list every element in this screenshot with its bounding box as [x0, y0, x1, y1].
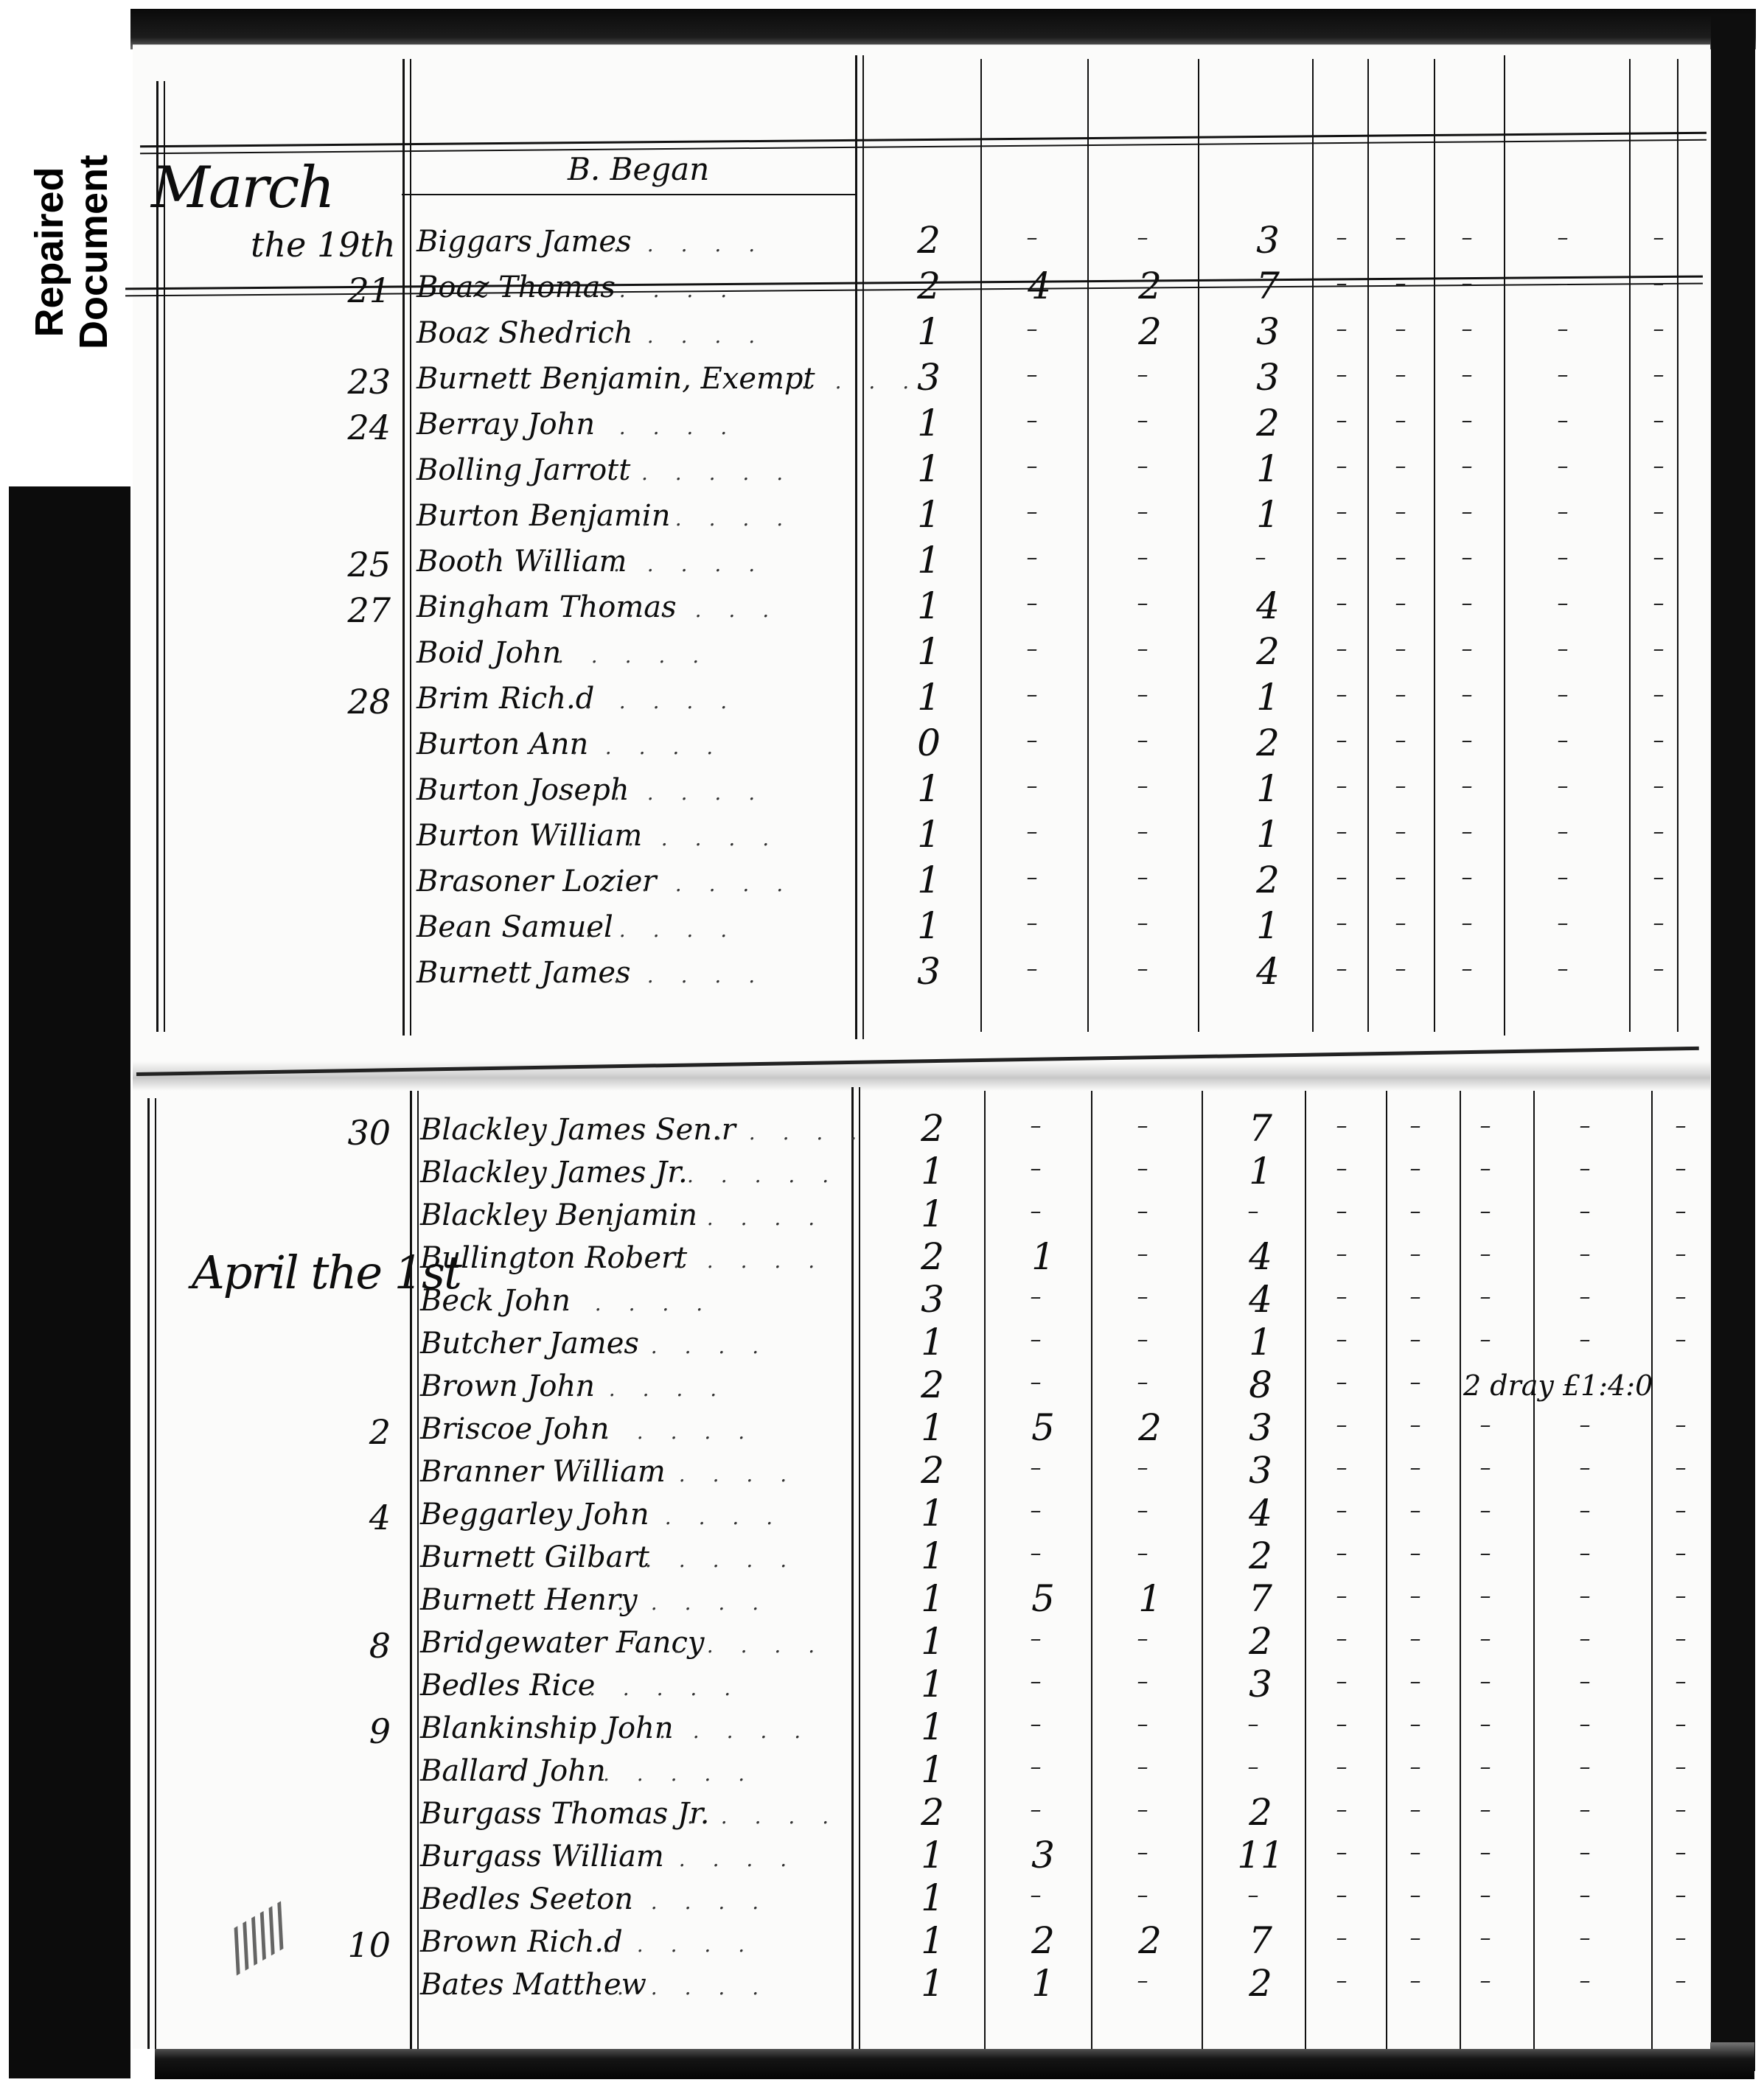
- col9-value: –: [1636, 636, 1681, 662]
- col1-value: 1: [903, 1962, 962, 2005]
- dot-leader: . . . . .: [641, 461, 793, 485]
- col7-value: –: [1445, 636, 1489, 662]
- col5-value: –: [1319, 590, 1364, 616]
- dot-leader: . . . . .: [687, 1804, 839, 1829]
- col9-value: –: [1659, 1412, 1703, 1438]
- page-fold: [133, 1061, 1710, 1091]
- col8-value: –: [1563, 1455, 1607, 1481]
- col1-value: 1: [903, 1150, 962, 1193]
- col6-value: –: [1393, 1669, 1437, 1694]
- col-rule-date-2: [410, 59, 411, 1036]
- col1-value: 1: [903, 1748, 962, 1791]
- col4-value: 2: [1238, 722, 1297, 764]
- col7-value: –: [1463, 1198, 1507, 1224]
- col-rule-date: [402, 59, 405, 1036]
- col-rule-1: [980, 59, 982, 1032]
- col9-value: –: [1636, 590, 1681, 616]
- row-name: Boaz Shedrich: [416, 316, 633, 350]
- row-name: Brown Rich.d: [420, 1925, 623, 1959]
- col-rule-name-2: [862, 55, 864, 1039]
- dot-leader: . . . . .: [613, 324, 765, 348]
- col2-value: –: [1010, 682, 1054, 708]
- col8-value: –: [1541, 453, 1585, 479]
- dot-leader: . . . . .: [613, 781, 765, 805]
- col9-value: –: [1636, 819, 1681, 845]
- col1-value: 2: [903, 1791, 962, 1834]
- col8-value: –: [1541, 682, 1585, 708]
- col1-value: 1: [903, 1705, 962, 1748]
- col9-value: –: [1636, 773, 1681, 799]
- col6-value: –: [1378, 408, 1423, 433]
- col8-value: –: [1541, 225, 1585, 251]
- row-name: Briscoe John: [420, 1412, 609, 1446]
- lower-col-rule-date-2: [417, 1091, 419, 2049]
- col4-value: 1: [1238, 813, 1297, 856]
- col2-value: –: [1014, 1369, 1058, 1395]
- row-name: Branner William: [420, 1455, 666, 1489]
- col6-value: –: [1393, 1968, 1437, 1994]
- lower-col-rule-7: [1533, 1091, 1535, 2049]
- col3-value: –: [1120, 1369, 1165, 1395]
- col2-value: 5: [1014, 1577, 1073, 1620]
- col6-value: –: [1378, 865, 1423, 890]
- row-name: Burnett Henry: [420, 1583, 638, 1617]
- col1-value: 1: [903, 1577, 962, 1620]
- col8-value: –: [1563, 1669, 1607, 1694]
- lower-col-rule-2: [1091, 1091, 1092, 2049]
- col6-value: –: [1393, 1498, 1437, 1523]
- col2-value: –: [1014, 1711, 1058, 1737]
- col3-value: 1: [1120, 1577, 1179, 1620]
- row-name: Booth William: [416, 545, 627, 579]
- row-name: Bates Matthew: [420, 1968, 646, 2002]
- col8-value: –: [1563, 1113, 1607, 1139]
- dot-leader: . . . . .: [645, 1847, 797, 1871]
- col1-value: 2: [899, 265, 958, 307]
- col1-value: 1: [903, 1492, 962, 1534]
- col1-value: 1: [903, 1193, 962, 1235]
- col4-value: –: [1231, 1882, 1275, 1908]
- col9-value: –: [1636, 453, 1681, 479]
- row-name: Bedles Seeton: [420, 1882, 633, 1916]
- col4-value: 2: [1238, 859, 1297, 901]
- col1-value: 1: [899, 310, 958, 353]
- dot-leader: . . . . .: [627, 826, 779, 851]
- col7-value: –: [1445, 727, 1489, 753]
- row-name: Burnett Benjamin, Exempt: [416, 362, 815, 396]
- col7-value: –: [1463, 1669, 1507, 1694]
- col6-value: –: [1393, 1626, 1437, 1652]
- col1-value: 1: [903, 1663, 962, 1705]
- col7-value: –: [1463, 1284, 1507, 1310]
- col9-value: –: [1636, 865, 1681, 890]
- col3-value: –: [1120, 1498, 1165, 1523]
- col8-value: –: [1541, 910, 1585, 936]
- col8-value: –: [1541, 590, 1585, 616]
- dot-leader: . . . . .: [571, 735, 723, 759]
- section-word: Began: [610, 151, 710, 187]
- row-date: the 19th: [251, 225, 361, 265]
- col2-value: –: [1014, 1626, 1058, 1652]
- col9-value: –: [1659, 1540, 1703, 1566]
- col3-value: –: [1120, 1540, 1165, 1566]
- stamp-line-2: Document: [72, 75, 116, 429]
- col4-value: –: [1231, 1198, 1275, 1224]
- col2-value: –: [1014, 1754, 1058, 1780]
- col4-value: 2: [1231, 1620, 1290, 1663]
- col6-value: –: [1378, 225, 1423, 251]
- col3-value: –: [1120, 773, 1165, 799]
- col8-value: –: [1563, 1797, 1607, 1823]
- col6-value: –: [1393, 1583, 1437, 1609]
- col4-value: 8: [1231, 1364, 1290, 1406]
- col2-value: –: [1014, 1156, 1058, 1181]
- col-rule-left: [156, 81, 158, 1032]
- col5-value: –: [1319, 362, 1364, 388]
- col3-value: –: [1120, 1626, 1165, 1652]
- col6-value: –: [1393, 1882, 1437, 1908]
- col2-value: –: [1014, 1455, 1058, 1481]
- col1-value: 3: [899, 950, 958, 993]
- dot-leader: . . . . .: [557, 643, 709, 668]
- col6-value: –: [1393, 1284, 1437, 1310]
- row-name: Bolling Jarrott: [416, 453, 630, 487]
- col7-value: –: [1463, 1455, 1507, 1481]
- col8-value: –: [1563, 1626, 1607, 1652]
- dot-leader: . . . . .: [613, 552, 765, 576]
- row-name: Brown John: [420, 1369, 595, 1403]
- col6-value: –: [1393, 1113, 1437, 1139]
- col2-value: –: [1010, 865, 1054, 890]
- dot-leader: . . . . .: [617, 1975, 769, 2000]
- col7-value: –: [1445, 956, 1489, 982]
- col5-value: –: [1319, 1540, 1364, 1566]
- col7-value: –: [1445, 545, 1489, 570]
- col4-value: 2: [1231, 1962, 1290, 2005]
- col1-value: 1: [903, 1406, 962, 1449]
- col6-value: –: [1393, 1156, 1437, 1181]
- dot-leader: . . . . .: [585, 278, 737, 302]
- dot-leader: . . . . .: [715, 1120, 867, 1145]
- col7-value: –: [1445, 499, 1489, 525]
- col5-value: –: [1319, 545, 1364, 570]
- col4-value: 3: [1231, 1406, 1290, 1449]
- col2-value: –: [1010, 590, 1054, 616]
- col2-value: –: [1014, 1669, 1058, 1694]
- col7-value: –: [1445, 819, 1489, 845]
- col6-value: –: [1378, 956, 1423, 982]
- col9-value: –: [1659, 1626, 1703, 1652]
- col4-value: 4: [1238, 950, 1297, 993]
- col4-value: 1: [1238, 447, 1297, 490]
- col5-value: –: [1319, 1925, 1364, 1951]
- col3-value: –: [1120, 362, 1165, 388]
- col5-value: –: [1319, 1840, 1364, 1865]
- col5-value: –: [1319, 910, 1364, 936]
- col8-value: –: [1563, 1882, 1607, 1908]
- lower-col-rule-name: [851, 1087, 854, 2049]
- col5-value: –: [1319, 1498, 1364, 1523]
- col3-value: 2: [1120, 1919, 1179, 1962]
- col4-value: 2: [1238, 630, 1297, 673]
- dot-leader: . . . . .: [645, 1548, 797, 1572]
- col9-value: –: [1659, 1327, 1703, 1352]
- col3-value: –: [1120, 819, 1165, 845]
- col-rule-3: [1198, 59, 1199, 1032]
- col5-value: –: [1319, 1369, 1364, 1395]
- lower-col-rule-name-2: [859, 1087, 860, 2049]
- row-name: Bean Samuel: [416, 910, 613, 944]
- col4-value: 3: [1231, 1449, 1290, 1492]
- scan-border-right: [1711, 15, 1755, 2071]
- col5-value: –: [1319, 1882, 1364, 1908]
- col6-value: –: [1393, 1412, 1437, 1438]
- col3-value: –: [1120, 1455, 1165, 1481]
- col6-value: –: [1378, 910, 1423, 936]
- col2-value: 1: [1014, 1235, 1073, 1278]
- col8-value: –: [1541, 499, 1585, 525]
- col2-value: –: [1014, 1882, 1058, 1908]
- col7-value: –: [1463, 1540, 1507, 1566]
- col7-value: –: [1445, 316, 1489, 342]
- col5-value: –: [1319, 682, 1364, 708]
- dot-leader: . . . . .: [687, 1163, 839, 1187]
- col5-value: –: [1319, 1968, 1364, 1994]
- col7-value: –: [1463, 1241, 1507, 1267]
- col3-value: –: [1120, 682, 1165, 708]
- col3-value: 2: [1120, 310, 1179, 353]
- col9-value: –: [1659, 1754, 1703, 1780]
- lower-col-rule-3: [1202, 1091, 1203, 2049]
- row-date: 27: [280, 590, 391, 630]
- col1-value: 2: [903, 1107, 962, 1150]
- col9-value: –: [1659, 1840, 1703, 1865]
- col6-value: –: [1393, 1241, 1437, 1267]
- col1-value: 1: [903, 1534, 962, 1577]
- col7-value: –: [1463, 1498, 1507, 1523]
- col8-value: –: [1563, 1498, 1607, 1523]
- col2-value: –: [1014, 1284, 1058, 1310]
- col8-value: –: [1541, 636, 1585, 662]
- col4-value: 2: [1231, 1791, 1290, 1834]
- col5-value: –: [1319, 727, 1364, 753]
- row-name: Burton Ann: [416, 727, 588, 761]
- col2-value: 1: [1014, 1962, 1073, 2005]
- row-name: Bedles Rice: [420, 1669, 595, 1703]
- col2-value: –: [1010, 408, 1054, 433]
- col3-value: –: [1120, 910, 1165, 936]
- col5-value: –: [1319, 1113, 1364, 1139]
- col8-value: –: [1541, 773, 1585, 799]
- dot-leader: . . . . .: [641, 506, 793, 531]
- col5-value: –: [1319, 1198, 1364, 1224]
- col8-value: –: [1541, 956, 1585, 982]
- dot-leader: . . . . .: [613, 232, 765, 256]
- lower-col-rule-4: [1305, 1091, 1306, 2049]
- col-rule-name: [855, 55, 857, 1039]
- col5-value: –: [1319, 1754, 1364, 1780]
- col3-value: –: [1120, 408, 1165, 433]
- row-name: Brasoner Lozier: [416, 865, 657, 898]
- col9-value: –: [1659, 1241, 1703, 1267]
- dot-leader: . . . . .: [603, 1932, 755, 1957]
- col2-value: 5: [1014, 1406, 1073, 1449]
- col-rule-5: [1367, 59, 1369, 1032]
- col1-value: 1: [899, 676, 958, 719]
- dot-leader: . . . . .: [673, 1249, 825, 1273]
- dot-leader: . . . . .: [585, 689, 737, 713]
- row-date: 24: [280, 408, 391, 447]
- col8-value: –: [1563, 1327, 1607, 1352]
- col6-value: –: [1393, 1540, 1437, 1566]
- row-name: Biggars James: [416, 225, 632, 259]
- col8-value: –: [1563, 1968, 1607, 1994]
- col6-value: –: [1378, 499, 1423, 525]
- row-date: 30: [280, 1113, 391, 1153]
- col8-value: –: [1563, 1840, 1607, 1865]
- col9-value: –: [1636, 270, 1681, 296]
- col2-value: –: [1014, 1797, 1058, 1823]
- col1-value: 1: [899, 402, 958, 444]
- row-name: Ballard John: [420, 1754, 606, 1788]
- col6-value: –: [1378, 545, 1423, 570]
- col7-value: –: [1445, 865, 1489, 890]
- col8-value: –: [1563, 1156, 1607, 1181]
- col1-value: 1: [899, 493, 958, 536]
- col2-value: –: [1010, 225, 1054, 251]
- col7-value: –: [1463, 1968, 1507, 1994]
- col7-value: –: [1463, 1412, 1507, 1438]
- scan-border-top: [9, 9, 1756, 49]
- col3-value: –: [1120, 1754, 1165, 1780]
- row-name: Burton William: [416, 819, 642, 853]
- col6-value: –: [1393, 1711, 1437, 1737]
- col6-value: –: [1378, 362, 1423, 388]
- col2-value: –: [1014, 1540, 1058, 1566]
- col8-value: –: [1563, 1711, 1607, 1737]
- col7-value: –: [1463, 1754, 1507, 1780]
- col9-value: –: [1659, 1498, 1703, 1523]
- row-name: Beggarley John: [420, 1498, 649, 1532]
- col9-value: –: [1659, 1925, 1703, 1951]
- col3-value: –: [1120, 1968, 1165, 1994]
- col9-value: –: [1636, 316, 1681, 342]
- col7-value: –: [1463, 1711, 1507, 1737]
- col4-value: 3: [1231, 1663, 1290, 1705]
- lower-col-rule-left: [147, 1098, 150, 2049]
- col6-value: –: [1378, 773, 1423, 799]
- col7-value: –: [1445, 773, 1489, 799]
- col5-value: –: [1319, 1327, 1364, 1352]
- col6-value: –: [1378, 316, 1423, 342]
- col6-value: –: [1393, 1327, 1437, 1352]
- col9-value: –: [1659, 1113, 1703, 1139]
- col8-value: –: [1563, 1198, 1607, 1224]
- tax-note: 2 dray £1:4:0: [1463, 1369, 1653, 1402]
- col8-value: –: [1541, 865, 1585, 890]
- col-rule-6: [1434, 59, 1435, 1032]
- col3-value: –: [1120, 1669, 1165, 1694]
- col6-value: –: [1378, 819, 1423, 845]
- lower-col-rule-1: [984, 1091, 986, 2049]
- col2-value: –: [1010, 910, 1054, 936]
- col9-value: –: [1659, 1284, 1703, 1310]
- row-name: Boid John: [416, 636, 561, 670]
- dot-leader: . . . . .: [585, 415, 737, 439]
- col2-value: –: [1010, 636, 1054, 662]
- col1-value: 1: [903, 1876, 962, 1919]
- col5-value: –: [1319, 1284, 1364, 1310]
- col2-value: –: [1010, 545, 1054, 570]
- dot-leader: . . . . .: [617, 1890, 769, 1914]
- col4-value: 1: [1231, 1321, 1290, 1364]
- col6-value: –: [1378, 682, 1423, 708]
- dot-leader: . . . . .: [613, 963, 765, 988]
- lower-col-rule-5: [1386, 1091, 1387, 2049]
- col4-value: 4: [1238, 584, 1297, 627]
- col4-value: 1: [1238, 767, 1297, 810]
- col8-value: –: [1563, 1284, 1607, 1310]
- col1-value: 1: [899, 630, 958, 673]
- col3-value: –: [1120, 1113, 1165, 1139]
- col8-value: –: [1563, 1925, 1607, 1951]
- row-name: Blackley James Jr.: [420, 1156, 688, 1190]
- col1-value: 1: [903, 1919, 962, 1962]
- row-name: Burnett Gilbart: [420, 1540, 649, 1574]
- col5-value: –: [1319, 865, 1364, 890]
- col5-value: –: [1319, 819, 1364, 845]
- col8-value: –: [1563, 1241, 1607, 1267]
- col4-value: 2: [1238, 402, 1297, 444]
- lower-col-rule-8: [1651, 1091, 1653, 2049]
- col8-value: –: [1541, 727, 1585, 753]
- col5-value: –: [1319, 1156, 1364, 1181]
- col3-value: –: [1120, 1711, 1165, 1737]
- row-date: 21: [280, 270, 391, 310]
- col4-value: 1: [1238, 676, 1297, 719]
- col7-value: –: [1463, 1925, 1507, 1951]
- row-date: 25: [280, 545, 391, 584]
- col6-value: –: [1378, 453, 1423, 479]
- col5-value: –: [1319, 225, 1364, 251]
- col3-value: –: [1120, 545, 1165, 570]
- col9-value: –: [1636, 225, 1681, 251]
- col4-value: 7: [1231, 1577, 1290, 1620]
- col4-value: 2: [1231, 1534, 1290, 1577]
- col9-value: –: [1636, 499, 1681, 525]
- col4-value: 3: [1238, 219, 1297, 262]
- dot-leader: . . . . .: [767, 369, 919, 394]
- col7-value: –: [1463, 1327, 1507, 1352]
- col9-value: –: [1659, 1968, 1703, 1994]
- row-date: 23: [280, 362, 391, 402]
- section-header-underline: [402, 194, 855, 195]
- col3-value: –: [1120, 1840, 1165, 1865]
- col5-value: –: [1319, 499, 1364, 525]
- col4-value: 4: [1231, 1235, 1290, 1278]
- dot-leader: . . . . .: [617, 1334, 769, 1358]
- col7-value: –: [1445, 362, 1489, 388]
- col3-value: –: [1120, 1198, 1165, 1224]
- col4-value: 3: [1238, 310, 1297, 353]
- col6-value: –: [1393, 1754, 1437, 1780]
- col3-value: –: [1120, 1327, 1165, 1352]
- col3-value: –: [1120, 1882, 1165, 1908]
- dot-leader: . . . . .: [673, 1633, 825, 1658]
- col9-value: –: [1659, 1156, 1703, 1181]
- col9-value: –: [1636, 682, 1681, 708]
- col5-value: –: [1319, 1412, 1364, 1438]
